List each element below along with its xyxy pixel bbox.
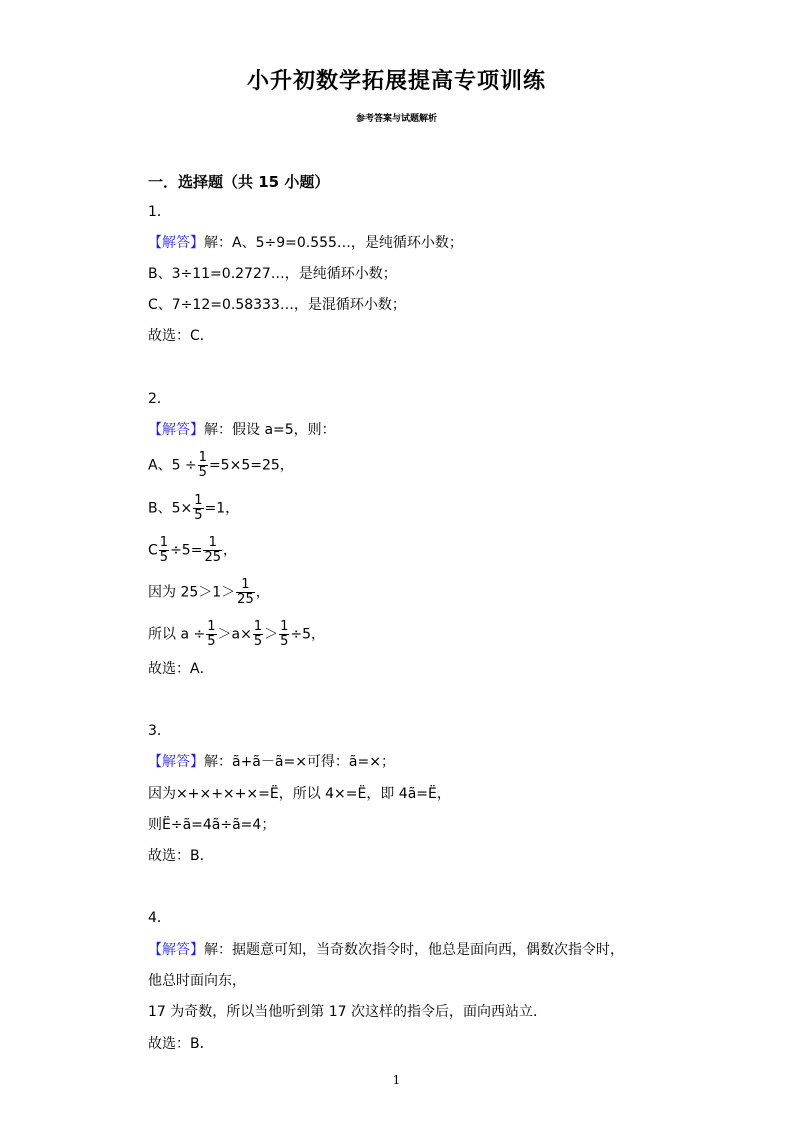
denominator: 5 bbox=[159, 551, 169, 565]
denominator: 5 bbox=[198, 466, 208, 480]
text: ＞ bbox=[264, 627, 278, 643]
text: B、5× bbox=[148, 501, 192, 517]
text: ÷5= bbox=[170, 543, 202, 559]
q2-number: 2． bbox=[148, 389, 171, 409]
text: A、5 ÷ bbox=[148, 458, 197, 474]
q1-answer-line1: 【解答】解：A、5÷9=0.555…，是纯循环小数； bbox=[148, 233, 463, 253]
answer-tag: 【解答】 bbox=[148, 942, 204, 958]
q2-option-b: B、5×15=1， bbox=[148, 494, 239, 523]
numerator: 1 bbox=[193, 494, 203, 509]
q2-conclusion: 故选：A． bbox=[148, 659, 214, 679]
q3-answer-line1: 【解答】解：ã+ã－ã=×可得：ã=×； bbox=[148, 752, 395, 772]
answer-tag: 【解答】 bbox=[148, 754, 204, 770]
denominator: 25 bbox=[236, 593, 255, 607]
q3-answer-line2: 因为×+×+×+×=Ë，所以 4×=Ë，即 4ã=Ë， bbox=[148, 784, 451, 804]
answer-tag: 【解答】 bbox=[148, 235, 204, 251]
q2-line1-text: 解：假设 a=5，则： bbox=[204, 422, 336, 438]
denominator: 5 bbox=[193, 509, 203, 523]
numerator: 1 bbox=[198, 451, 208, 466]
q4-conclusion: 故选：B． bbox=[148, 1034, 214, 1054]
text: ， bbox=[223, 543, 237, 559]
fraction: 15 bbox=[193, 494, 203, 523]
q4-number: 4． bbox=[148, 908, 171, 928]
q3-line1-text: 解：ã+ã－ã=×可得：ã=×； bbox=[204, 754, 395, 770]
text: ， bbox=[256, 585, 270, 601]
text: 因为 25＞1＞ bbox=[148, 585, 235, 601]
text: ＞a× bbox=[218, 627, 252, 643]
q3-conclusion: 故选：B． bbox=[148, 846, 214, 866]
document-subtitle: 参考答案与试题解析 bbox=[0, 111, 793, 124]
document-title: 小升初数学拓展提高专项训练 bbox=[0, 64, 793, 95]
q2-therefore: 所以 a ÷15＞a×15＞15÷5， bbox=[148, 620, 325, 649]
q1-line1-text: 解：A、5÷9=0.555…，是纯循环小数； bbox=[204, 235, 463, 251]
q2-option-c: C15÷5=125， bbox=[148, 536, 237, 565]
q3-answer-line3: 则Ë÷ã=4ã÷ã=4； bbox=[148, 815, 275, 835]
denominator: 5 bbox=[253, 635, 263, 649]
q4-answer-line1: 【解答】解：据题意可知，当奇数次指令时，他总是面向西，偶数次指令时， bbox=[148, 940, 624, 960]
text: =1， bbox=[205, 501, 240, 517]
q1-answer-line3: C、7÷12=0.58333…，是混循环小数； bbox=[148, 295, 406, 315]
numerator: 1 bbox=[206, 620, 216, 635]
q4-line1-text: 解：据题意可知，当奇数次指令时，他总是面向西，偶数次指令时， bbox=[204, 942, 624, 958]
fraction: 15 bbox=[253, 620, 263, 649]
q2-option-a: A、5 ÷15=5×5=25， bbox=[148, 451, 294, 480]
fraction: 15 bbox=[279, 620, 289, 649]
answer-tag: 【解答】 bbox=[148, 422, 204, 438]
text: =5×5=25， bbox=[209, 458, 294, 474]
q1-answer-line2: B、3÷11=0.2727…，是纯循环小数； bbox=[148, 264, 397, 284]
fraction: 125 bbox=[203, 536, 222, 565]
fraction: 15 bbox=[198, 451, 208, 480]
q4-answer-line3: 17 为奇数，所以当他听到第 17 次这样的指令后，面向西站立． bbox=[148, 1002, 547, 1022]
q2-because: 因为 25＞1＞125， bbox=[148, 578, 270, 607]
q2-answer-line1: 【解答】解：假设 a=5，则： bbox=[148, 420, 336, 440]
numerator: 1 bbox=[203, 536, 222, 551]
denominator: 5 bbox=[279, 635, 289, 649]
text: C bbox=[148, 543, 158, 559]
q1-conclusion: 故选：C． bbox=[148, 326, 214, 346]
q3-number: 3． bbox=[148, 721, 171, 741]
section-heading: 一．选择题（共 15 小题） bbox=[148, 171, 329, 192]
numerator: 1 bbox=[253, 620, 263, 635]
numerator: 1 bbox=[279, 620, 289, 635]
numerator: 1 bbox=[236, 578, 255, 593]
numerator: 1 bbox=[159, 536, 169, 551]
q1-number: 1． bbox=[148, 202, 171, 222]
text: ÷5， bbox=[290, 627, 325, 643]
text: 所以 a ÷ bbox=[148, 627, 205, 643]
denominator: 25 bbox=[203, 551, 222, 565]
q4-answer-line2: 他总时面向东， bbox=[148, 971, 246, 991]
fraction: 15 bbox=[159, 536, 169, 565]
fraction: 125 bbox=[236, 578, 255, 607]
fraction: 15 bbox=[206, 620, 216, 649]
page-number: 1 bbox=[0, 1073, 793, 1087]
denominator: 5 bbox=[206, 635, 216, 649]
